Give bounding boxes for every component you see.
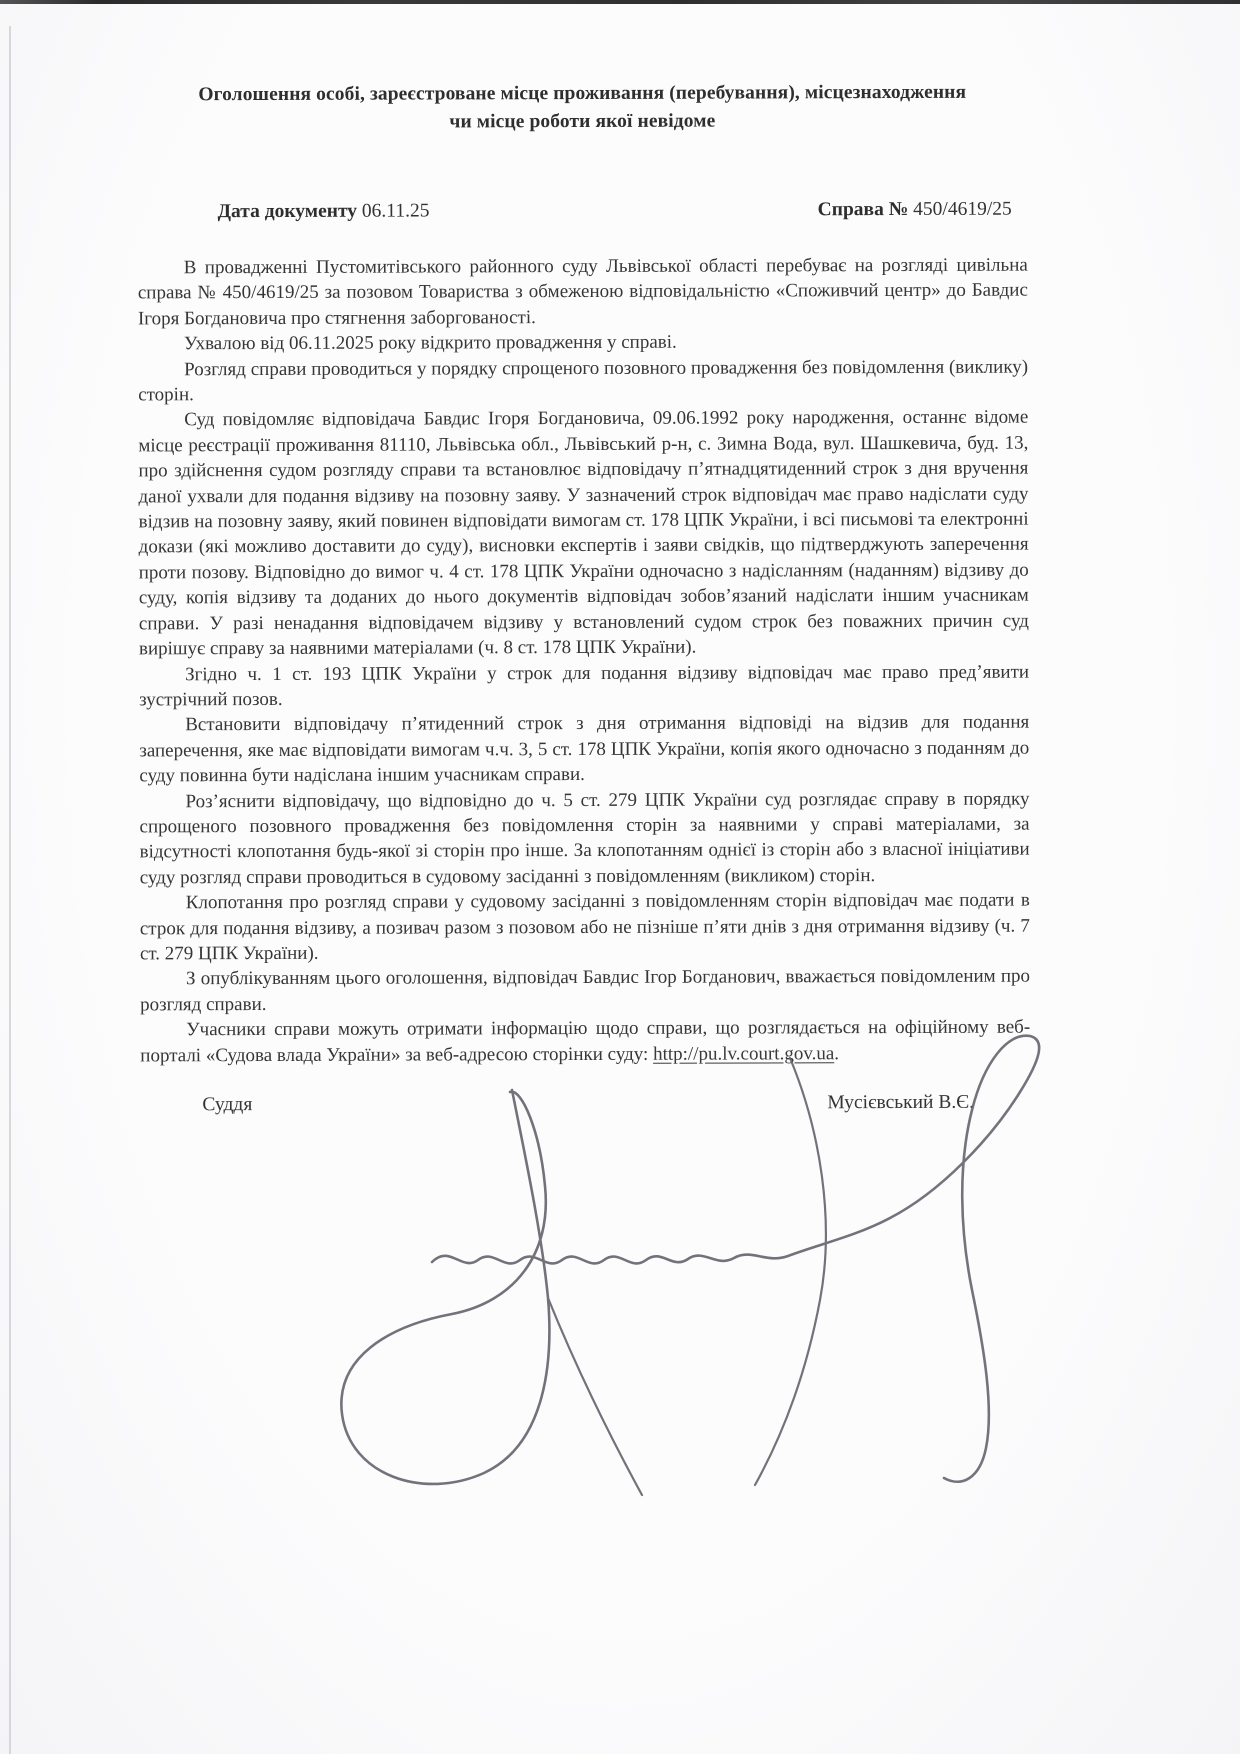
body-paragraph: Ухвалою від 06.11.2025 року відкрито про… xyxy=(138,329,1028,357)
judge-label: Суддя xyxy=(202,1094,252,1116)
date-label: Дата документу xyxy=(218,201,357,222)
case-value: 450/4619/25 xyxy=(913,199,1012,220)
court-url: http://pu.lv.court.gov.ua xyxy=(653,1043,834,1065)
signature-row: Суддя Мусієвський В.Є. xyxy=(140,1092,1030,1123)
document-title-line1: Оголошення особі, зареєстроване місце пр… xyxy=(137,79,1027,110)
document-content: Оголошення особі, зареєстроване місце пр… xyxy=(137,0,1031,1122)
document-date: Дата документу 06.11.25 xyxy=(218,200,430,223)
case-label: Справа № xyxy=(818,199,909,220)
case-number: Справа № 450/4619/25 xyxy=(818,199,1012,222)
last-paragraph-text: Учасники справи можуть отримати інформац… xyxy=(140,1017,1030,1066)
body-paragraph: Розгляд справи проводиться у порядку спр… xyxy=(138,354,1028,408)
scan-left-edge xyxy=(9,26,11,1754)
body-paragraph: Клопотання про розгляд справи у судовому… xyxy=(140,888,1030,967)
body-paragraph: Встановити відповідачу п’ятиденний строк… xyxy=(139,710,1029,789)
document-title-line2: чи місце роботи якої невідоме xyxy=(137,107,1027,138)
body-paragraph: З опублікуванням цього оголошення, відпо… xyxy=(140,964,1030,1018)
body-paragraph: В провадженні Пустомитівського районного… xyxy=(138,253,1028,332)
judge-name: Мусієвський В.Є. xyxy=(827,1092,974,1114)
body-paragraph-with-url: Учасники справи можуть отримати інформац… xyxy=(140,1015,1030,1069)
body-paragraph: Роз’яснити відповідачу, що відповідно до… xyxy=(139,786,1029,890)
body-paragraph: Суд повідомляє відповідача Бавдис Ігоря … xyxy=(138,405,1029,662)
document-title: Оголошення особі, зареєстроване місце пр… xyxy=(137,79,1027,138)
date-value: 06.11.25 xyxy=(362,200,430,221)
scanned-court-document: Оголошення особі, зареєстроване місце пр… xyxy=(0,0,1240,1754)
last-paragraph-suffix: . xyxy=(834,1043,839,1064)
document-meta: Дата документу 06.11.25 Справа № 450/461… xyxy=(138,199,1028,228)
document-body: В провадженні Пустомитівського районного… xyxy=(138,253,1031,1069)
body-paragraph: Згідно ч. 1 ст. 193 ЦПК України у строк … xyxy=(139,659,1029,713)
